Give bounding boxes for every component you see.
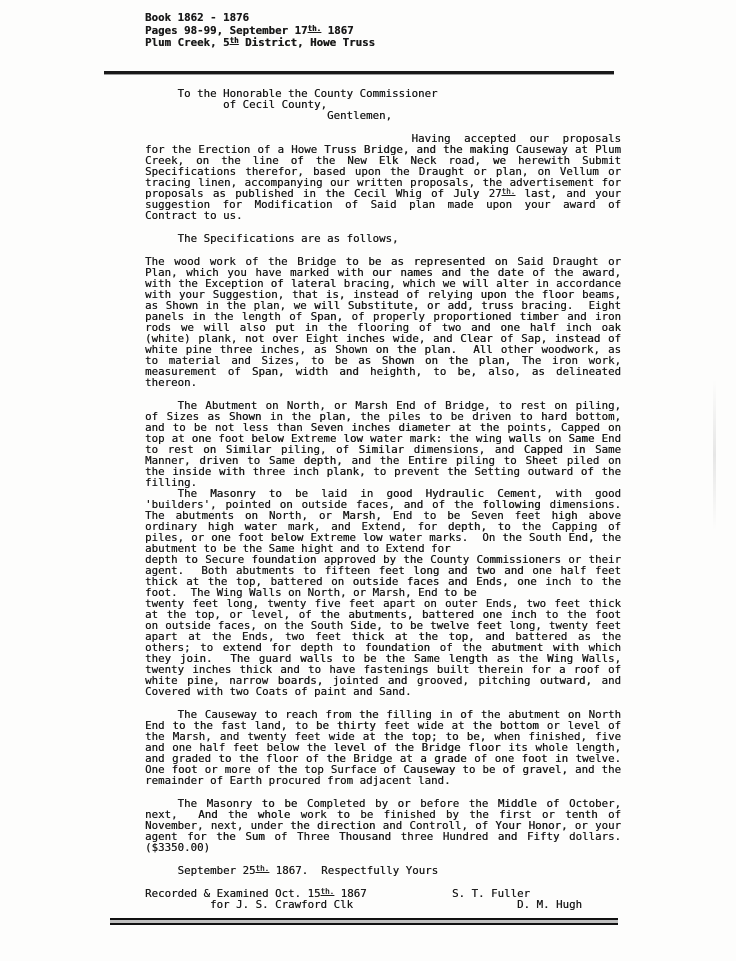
- superscript-ordinal: th.: [308, 25, 322, 33]
- superscript-ordinal: th.: [256, 865, 270, 873]
- text-line: The Masonry to be Completed by or before…: [145, 798, 621, 809]
- text-line: twenty inches thick and to have fastenin…: [145, 664, 621, 675]
- blank-line: [145, 221, 621, 233]
- text-segment: of Cecil County,: [223, 99, 327, 110]
- text-segment: The Abutment on North, or Marsh End of B…: [178, 400, 622, 411]
- text-segment: The wood work of the Bridge to be as rep…: [145, 256, 621, 267]
- text-segment: The Causeway to reach from the filling i…: [178, 709, 622, 720]
- text-segment: and to be not less than Seven inches dia…: [145, 422, 621, 433]
- text-line: Recorded & Examined Oct. 15th. 1867S. T.…: [145, 888, 621, 899]
- text-line: of Cecil County,: [145, 99, 621, 110]
- text-line: 'builders', pointed on outside faces, an…: [145, 499, 621, 510]
- blank-line: [145, 853, 621, 865]
- text-segment: the inside with three inch plank, to pre…: [145, 466, 621, 477]
- text-segment: (white) plank, not over Eight inches wid…: [145, 333, 621, 344]
- text-line: white pine three inches, as Shown on the…: [145, 344, 621, 355]
- text-line: One foot or more of the top Surface of C…: [145, 764, 621, 775]
- text-segment: Creek, on the line of the New Elk Neck r…: [145, 155, 621, 166]
- text-segment: white pine three inches, as Shown on the…: [145, 344, 621, 355]
- text-segment: September 25: [178, 865, 256, 876]
- text-segment: foot. The Wing Walls on North, or Marsh,…: [145, 587, 477, 598]
- document-body: To the Honorable the County Commissioner…: [145, 88, 621, 910]
- text-line: suggestion for Modification of Said plan…: [145, 199, 621, 210]
- text-segment: next, And the whole work to be finished …: [145, 809, 621, 820]
- text-line: piles, or one foot below Extreme low wat…: [145, 532, 621, 543]
- text-segment: To the Honorable the County Commissioner: [178, 88, 438, 99]
- text-line: measurement of Span, width and heighth, …: [145, 366, 621, 377]
- text-segment: twenty feet long, twenty five feet apart…: [145, 598, 621, 609]
- text-line: thereon.: [145, 377, 621, 388]
- text-line: Plum Creek, 5th District, Howe Truss: [145, 37, 375, 50]
- top-rule: [104, 71, 614, 74]
- text-line: Contract to us.: [145, 210, 621, 221]
- text-segment: others; to extend for depth to foundatio…: [145, 642, 621, 653]
- text-segment: End to the fast land, to be thirty feet …: [145, 720, 621, 731]
- text-segment: they join. The guard walls to be the Sam…: [145, 653, 621, 664]
- text-segment: The abutments on North, or Marsh, End to…: [145, 510, 621, 521]
- text-line: proposals as published in the Cecil Whig…: [145, 188, 621, 199]
- text-line: next, And the whole work to be finished …: [145, 809, 621, 820]
- text-line: Book 1862 - 1876: [145, 12, 375, 25]
- signature-name: S. T. Fuller: [452, 888, 530, 899]
- text-segment: to material and Sizes, to be as Shown on…: [145, 355, 621, 366]
- text-segment: Recorded & Examined Oct. 15: [145, 888, 321, 899]
- text-line: for the Erection of a Howe Truss Bridge,…: [145, 144, 621, 155]
- text-segment: Specifications therefor, based upon the …: [145, 166, 621, 177]
- text-line: The abutments on North, or Marsh, End to…: [145, 510, 621, 521]
- text-line: Gentlemen,: [145, 110, 621, 121]
- text-line: others; to extend for depth to foundatio…: [145, 642, 621, 653]
- text-line: Having accepted our proposals: [145, 133, 621, 144]
- text-line: filling.: [145, 477, 621, 488]
- text-segment: tracing linen, accompanying our written …: [145, 177, 621, 188]
- text-segment: District, Howe Truss: [239, 37, 376, 49]
- text-line: ordinary high water mark, and Extend, fo…: [145, 521, 621, 532]
- text-line: The Abutment on North, or Marsh End of B…: [145, 400, 621, 411]
- text-segment: 'builders', pointed on outside faces, an…: [145, 499, 621, 510]
- text-line: To the Honorable the County Commissioner: [145, 88, 621, 99]
- scanned-document-page: Book 1862 - 1876Pages 98-99, September 1…: [0, 0, 736, 961]
- text-segment: at the top, or level, of the abutments, …: [145, 609, 621, 620]
- text-segment: suggestion for Modification of Said plan…: [145, 199, 621, 210]
- text-segment: ordinary high water mark, and Extend, fo…: [145, 521, 621, 532]
- text-segment: on outside faces, on the South Side, to …: [145, 620, 621, 631]
- text-segment: Book 1862 - 1876: [145, 12, 249, 24]
- text-segment: thick at the top, battered on outside fa…: [145, 576, 621, 587]
- text-line: agent for the Sum of Three Thousand thre…: [145, 831, 621, 842]
- text-segment: Manner, driven to Same depth, and the En…: [145, 455, 621, 466]
- text-segment: piles, or one foot below Extreme low wat…: [145, 532, 621, 543]
- text-segment: rods we will also put in the flooring of…: [145, 322, 621, 333]
- text-segment: measurement of Span, width and heighth, …: [145, 366, 621, 377]
- text-segment: last, and your: [515, 188, 621, 199]
- text-line: with your Suggestion, that is, instead o…: [145, 289, 621, 300]
- text-segment: One foot or more of the top Surface of C…: [145, 764, 621, 775]
- text-segment: twenty inches thick and to have fastenin…: [145, 664, 621, 675]
- text-segment: with the Exception of lateral bracing, w…: [145, 278, 621, 289]
- text-line: agent. Both abutments to fifteen feet lo…: [145, 565, 621, 576]
- text-line: to material and Sizes, to be as Shown on…: [145, 355, 621, 366]
- text-line: at the top, or level, of the abutments, …: [145, 609, 621, 620]
- text-line: they join. The guard walls to be the Sam…: [145, 653, 621, 664]
- text-line: and one half feet below the level of the…: [145, 742, 621, 753]
- blank-line: [145, 121, 621, 133]
- text-segment: abutment to be the Same hight and to Ext…: [145, 543, 451, 554]
- text-line: thick at the top, battered on outside fa…: [145, 576, 621, 587]
- text-segment: The Masonry to be Completed by or before…: [178, 798, 622, 809]
- document-header: Book 1862 - 1876Pages 98-99, September 1…: [145, 12, 375, 50]
- text-segment: of Sizes as Shown in the plan, the piles…: [145, 411, 621, 422]
- text-line: to rest on Similar piling, of Similar di…: [145, 444, 621, 455]
- text-segment: thereon.: [145, 377, 197, 388]
- text-line: the inside with three inch plank, to pre…: [145, 466, 621, 477]
- text-line: Manner, driven to Same depth, and the En…: [145, 455, 621, 466]
- text-segment: Pages 98-99, September 17: [145, 25, 308, 37]
- blank-line: [145, 876, 621, 888]
- text-segment: remainder of Earth procured from adjacen…: [145, 775, 451, 786]
- blank-line: [145, 244, 621, 256]
- text-segment: agent for the Sum of Three Thousand thre…: [145, 831, 621, 842]
- blank-line: [145, 697, 621, 709]
- text-line: ($3350.00): [145, 842, 621, 853]
- text-segment: Plan, which you have marked with our nam…: [145, 267, 621, 278]
- signature-name: D. M. Hugh: [452, 899, 582, 910]
- text-segment: 1867. Respectfully Yours: [269, 865, 438, 876]
- text-line: The Specifications are as follows,: [145, 233, 621, 244]
- text-segment: filling.: [145, 477, 197, 488]
- text-line: panels in the length of Span, of properl…: [145, 311, 621, 322]
- text-line: on outside faces, on the South Side, to …: [145, 620, 621, 631]
- text-line: The Masonry to be laid in good Hydraulic…: [145, 488, 621, 499]
- text-line: remainder of Earth procured from adjacen…: [145, 775, 621, 786]
- text-segment: proposals as published in the Cecil Whig…: [145, 188, 502, 199]
- text-segment: 1867: [334, 888, 367, 899]
- text-segment: The Specifications are as follows,: [178, 233, 399, 244]
- text-line: and to be not less than Seven inches dia…: [145, 422, 621, 433]
- text-segment: Plum Creek, 5: [145, 37, 230, 49]
- text-line: twenty feet long, twenty five feet apart…: [145, 598, 621, 609]
- text-line: with the Exception of lateral bracing, w…: [145, 278, 621, 289]
- text-segment: Covered with two Coats of paint and Sand…: [145, 686, 412, 697]
- text-line: (white) plank, not over Eight inches wid…: [145, 333, 621, 344]
- text-segment: agent. Both abutments to fifteen feet lo…: [145, 565, 621, 576]
- text-line: for J. S. Crawford ClkD. M. Hugh: [145, 899, 621, 910]
- text-segment: ($3350.00): [145, 842, 210, 853]
- text-segment: the Marsh, and twenty feet wide at the t…: [145, 731, 621, 742]
- text-line: white pine, narrow boards, jointed and g…: [145, 675, 621, 686]
- text-line: rods we will also put in the flooring of…: [145, 322, 621, 333]
- text-segment: Having accepted our proposals: [412, 133, 622, 144]
- blank-line: [145, 388, 621, 400]
- bottom-rule: [110, 918, 618, 925]
- text-segment: to rest on Similar piling, of Similar di…: [145, 444, 621, 455]
- text-line: November, next, under the direction and …: [145, 820, 621, 831]
- text-segment: top at one foot below Extreme low water …: [145, 433, 621, 444]
- text-line: Specifications therefor, based upon the …: [145, 166, 621, 177]
- text-segment: 1867: [321, 25, 354, 37]
- text-line: Creek, on the line of the New Elk Neck r…: [145, 155, 621, 166]
- text-line: Pages 98-99, September 17th. 1867: [145, 25, 375, 38]
- text-segment: as Shown in the plan, we will Substitute…: [145, 300, 621, 311]
- text-line: apart at the Ends, two feet thick at the…: [145, 631, 621, 642]
- text-line: and graded to the floor of the Bridge at…: [145, 753, 621, 764]
- text-line: September 25th. 1867. Respectfully Yours: [145, 865, 621, 876]
- blank-line: [145, 786, 621, 798]
- text-line: as Shown in the plan, we will Substitute…: [145, 300, 621, 311]
- text-line: depth to Secure foundation approved by t…: [145, 554, 621, 565]
- scan-artifact: [713, 380, 716, 530]
- text-segment: for J. S. Crawford Clk: [210, 899, 353, 910]
- text-segment: for the Erection of a Howe Truss Bridge,…: [145, 144, 621, 155]
- text-line: foot. The Wing Walls on North, or Marsh,…: [145, 587, 621, 598]
- text-line: of Sizes as Shown in the plan, the piles…: [145, 411, 621, 422]
- superscript-ordinal: th.: [502, 188, 516, 196]
- superscript-ordinal: th: [230, 37, 239, 45]
- text-line: the Marsh, and twenty feet wide at the t…: [145, 731, 621, 742]
- text-segment: apart at the Ends, two feet thick at the…: [145, 631, 621, 642]
- text-line: tracing linen, accompanying our written …: [145, 177, 621, 188]
- text-segment: and one half feet below the level of the…: [145, 742, 621, 753]
- text-segment: November, next, under the direction and …: [145, 820, 621, 831]
- text-segment: with your Suggestion, that is, instead o…: [145, 289, 621, 300]
- text-segment: white pine, narrow boards, jointed and g…: [145, 675, 621, 686]
- text-segment: and graded to the floor of the Bridge at…: [145, 753, 621, 764]
- text-segment: Contract to us.: [145, 210, 243, 221]
- text-line: The wood work of the Bridge to be as rep…: [145, 256, 621, 267]
- superscript-ordinal: th.: [321, 888, 335, 896]
- text-segment: The Masonry to be laid in good Hydraulic…: [178, 488, 622, 499]
- text-line: Covered with two Coats of paint and Sand…: [145, 686, 621, 697]
- text-line: Plan, which you have marked with our nam…: [145, 267, 621, 278]
- text-segment: panels in the length of Span, of properl…: [145, 311, 621, 322]
- text-segment: depth to Secure foundation approved by t…: [145, 554, 621, 565]
- text-line: End to the fast land, to be thirty feet …: [145, 720, 621, 731]
- text-segment: Gentlemen,: [327, 110, 392, 121]
- text-line: abutment to be the Same hight and to Ext…: [145, 543, 621, 554]
- text-line: The Causeway to reach from the filling i…: [145, 709, 621, 720]
- text-line: top at one foot below Extreme low water …: [145, 433, 621, 444]
